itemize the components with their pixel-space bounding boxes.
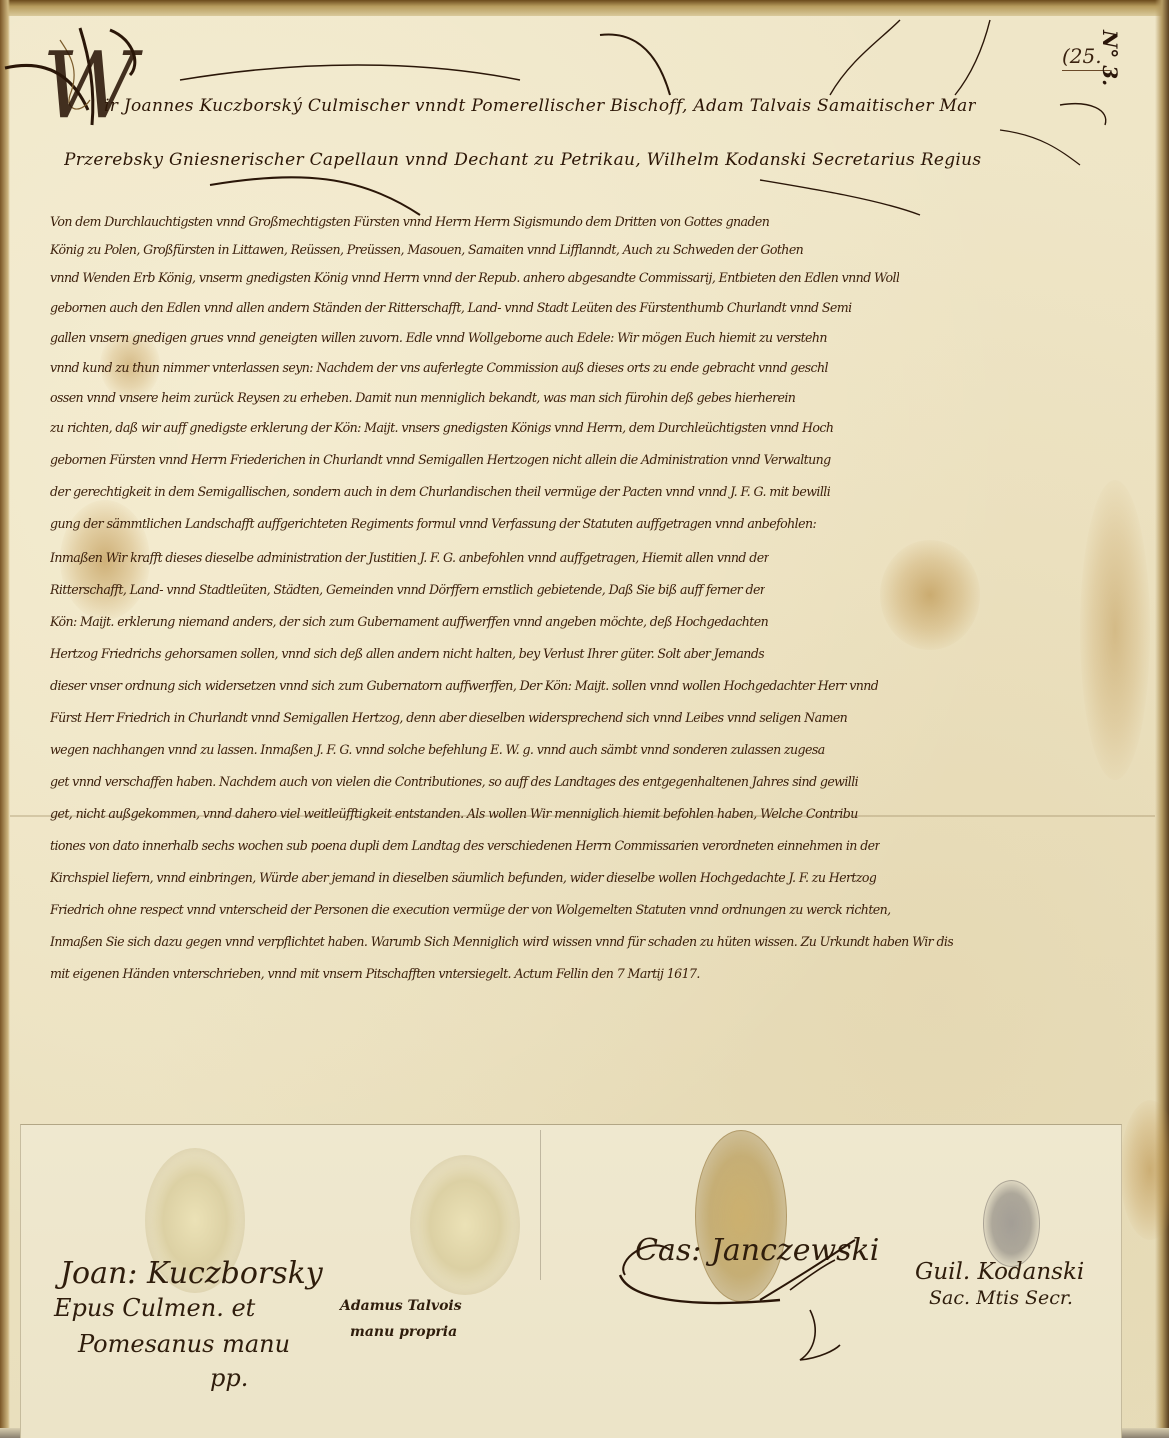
signature-janczewski: Cas: Janczewski [635, 1232, 879, 1270]
signature-line: Sac. Mtis Secr. [929, 1287, 1084, 1311]
body-line: zu richten, daß wir auff gnedigste erkle… [50, 420, 833, 435]
decorated-initial: W [42, 40, 137, 132]
signature-line: Cas: Janczewski [635, 1232, 879, 1270]
body-line: Ritterschafft, Land- vnnd Stadtleüten, S… [50, 582, 765, 597]
body-line: vnnd Wenden Erb König, vnserm gnedigsten… [50, 270, 899, 285]
signature-line: pp. [210, 1363, 323, 1393]
body-line: Von dem Durchlauchtigsten vnnd Großmecht… [50, 214, 769, 229]
archive-number: N° 3. [1098, 30, 1122, 86]
signature-kuczborski: Joan: Kuczborsky Epus Culmen. et Pomesan… [60, 1255, 323, 1393]
header-line: Przerebsky Gniesnerischer Capellaun vnnd… [64, 150, 981, 170]
signature-line: Pomesanus manu [78, 1329, 323, 1359]
signature-talvais: Adamus Talvois manu propria [340, 1298, 462, 1341]
signature-line: Guil. Kodanski [915, 1258, 1084, 1287]
body-line: Friedrich ohne respect vnnd vnterscheid … [50, 902, 891, 917]
seal-4 [983, 1180, 1040, 1267]
body-line: ossen vnnd vnsere heim zurück Reysen zu … [50, 390, 795, 405]
page-top-edge [0, 0, 1169, 16]
body-line: gebornen Fürsten vnnd Herrn Friederichen… [50, 452, 831, 467]
manuscript-page: (25. N° 3. W ir Joannes Kuczborský Culmi… [0, 0, 1169, 1438]
body-line: dieser vnser ordnung sich widersetzen vn… [50, 678, 878, 693]
body-line: get vnnd verschaffen haben. Nachdem auch… [50, 774, 858, 789]
body-line: mit eigenen Händen vnterschrieben, vnnd … [50, 966, 700, 981]
body-line: Kirchspiel liefern, vnnd einbringen, Wür… [50, 870, 876, 885]
seal-2 [410, 1155, 520, 1295]
body-line: tiones von dato innerhalb sechs wochen s… [50, 838, 880, 853]
body-line: gallen vnsern gnedigen grues vnnd geneig… [50, 330, 827, 345]
strip-divider [540, 1130, 541, 1280]
body-line: gung der sämmtlichen Landschafft auffger… [50, 516, 816, 531]
body-line: Inmaßen Sie sich dazu gegen vnnd verpfli… [50, 934, 953, 949]
signature-line: manu propria [350, 1324, 462, 1342]
body-line: Kön: Maijt. erklerung niemand anders, de… [50, 614, 768, 629]
signature-line: Epus Culmen. et [54, 1293, 323, 1323]
body-line: König zu Polen, Großfürsten in Littawen,… [50, 242, 803, 257]
water-stain [880, 540, 980, 650]
body-line: vnnd kund zu thun nimmer vnterlassen sey… [50, 360, 828, 375]
signature-line: Adamus Talvois [340, 1298, 462, 1316]
body-line: get, nicht außgekommen, vnnd dahero viel… [50, 806, 858, 821]
signature-kodanski: Guil. Kodanski Sac. Mtis Secr. [915, 1258, 1084, 1311]
body-line: wegen nachhangen vnnd zu lassen. Inmaßen… [50, 742, 825, 757]
seal-3 [695, 1130, 787, 1302]
page-left-edge [0, 0, 10, 1438]
water-stain [1080, 480, 1150, 780]
header-line: ir Joannes Kuczborský Culmischer vnndt P… [104, 96, 976, 116]
body-line: Inmaßen Wir krafft dieses dieselbe admin… [50, 550, 769, 565]
body-line: Fürst Herr Friedrich in Churlandt vnnd S… [50, 710, 847, 725]
water-stain [1120, 1100, 1169, 1240]
body-line: der gerechtigkeit in dem Semigallischen,… [50, 484, 830, 499]
body-line: Hertzog Friedrichs gehorsamen sollen, vn… [50, 646, 764, 661]
body-line: gebornen auch den Edlen vnnd allen ander… [50, 300, 852, 315]
signature-line: Joan: Kuczborsky [60, 1255, 323, 1293]
